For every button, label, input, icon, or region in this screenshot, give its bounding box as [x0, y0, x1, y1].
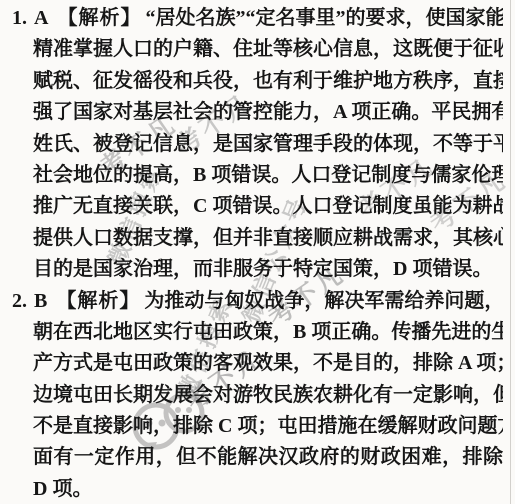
- answer-2-letter: B: [34, 290, 47, 312]
- answer-2-line: 产方式是屯田政策的客观效果，不是目的，排除 A 项；: [12, 348, 503, 379]
- answer-1-number: 1.: [12, 7, 27, 29]
- answer-1-line: 强了国家对基层社会的管控能力，A 项正确。平民拥有: [12, 97, 503, 128]
- answer-2-line: 边境屯田长期发展会对游牧民族农耕化有一定影响，但: [12, 380, 503, 411]
- answer-2-line: 面有一定作用，但不能解决汉政府的财政困难，排除: [12, 442, 503, 473]
- answer-1-last-line: 目的是国家治理，而非服务于特定国策，D 项错误。: [12, 254, 503, 285]
- answer-2-last-line: D 项。: [12, 474, 503, 504]
- answer-2-line: 朝在西北地区实行屯田政策，B 项正确。传播先进的生: [12, 317, 503, 348]
- answer-1-first-text: “居处名族”“定名事里”的要求，使国家能够: [145, 7, 503, 29]
- answer-2-number: 2.: [12, 290, 27, 312]
- explanation-text-block: 1.A【解析】“居处名族”“定名事里”的要求，使国家能够 精准掌握人口的户籍、住…: [12, 3, 503, 504]
- page-edge-line: [510, 0, 511, 504]
- answer-2-first-line: 2.B【解析】为推动与匈奴战争，解决军需给养问题，汉: [12, 286, 503, 317]
- answer-2-first-text: 为推动与匈奴战争，解决军需给养问题，汉: [144, 290, 503, 312]
- answer-1-line: 推广无直接关联，C 项错误。人口登记制度虽能为耕战: [12, 191, 503, 222]
- answer-1-line: 精准掌握人口的户籍、住址等核心信息，这既便于征收: [12, 34, 503, 65]
- answer-1-line: 姓氏、被登记信息，是国家管理手段的体现，不等于平民: [12, 129, 503, 160]
- answer-1-line: 社会地位的提高，B 项错误。人口登记制度与儒家伦理: [12, 160, 503, 191]
- answer-2-analysis-tag: 【解析】: [56, 290, 140, 312]
- answer-2-line: 不是直接影响，排除 C 项；屯田措施在缓解财政问题方: [12, 411, 503, 442]
- scanned-answer-sheet-page: 考不凡考不凡微信搜索考不凡微信公众号考不凡考不凡微信搜索考不凡 1.A【解析】“…: [0, 0, 515, 504]
- answer-1-analysis-tag: 【解析】: [57, 7, 141, 29]
- answer-1-letter: A: [34, 7, 48, 29]
- answer-1-line: 赋税、征发徭役和兵役，也有利于维护地方秩序，直接加: [12, 66, 503, 97]
- answer-1-line: 提供人口数据支撑，但并非直接顺应耕战需求，其核心: [12, 223, 503, 254]
- answer-1-first-line: 1.A【解析】“居处名族”“定名事里”的要求，使国家能够: [12, 3, 503, 34]
